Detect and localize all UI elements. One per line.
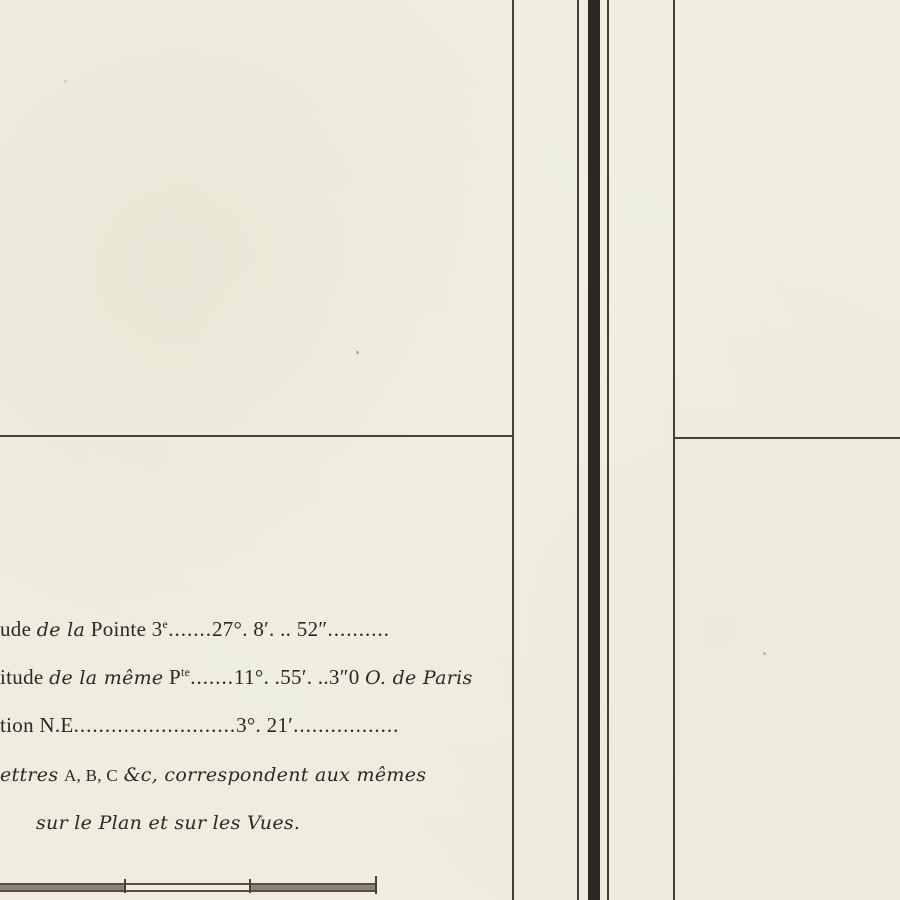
paper-speck	[64, 80, 67, 83]
note-italic-b: &c, correspondent aux mêmes	[124, 764, 427, 786]
declination-dots: ..........................	[74, 713, 237, 737]
longitude-label: P	[169, 665, 181, 689]
longitude-label-sup: te	[181, 665, 190, 679]
scale-tick	[375, 876, 377, 894]
paper-speck	[763, 652, 766, 655]
note-italic-line2: sur le Plan et sur les Vues.	[36, 812, 300, 834]
longitude-label-italic: de la même	[49, 667, 163, 689]
latitude-dots-trailing: ..........	[327, 617, 390, 641]
latitude-label-italic: de la	[37, 619, 85, 641]
frame-rule-thin-right	[607, 0, 609, 900]
declination-row: tion N.E..........................3°. 21…	[0, 713, 399, 738]
latitude-label-prefix: ude	[0, 617, 31, 641]
longitude-dots: .......	[190, 665, 234, 689]
longitude-value: 11°. .55′. ..3″0	[234, 665, 360, 689]
scale-tick	[124, 879, 126, 893]
declination-value: 3°. 21′	[236, 713, 293, 737]
longitude-row: itude de la même Pte.......11°. .55′. ..…	[0, 665, 473, 690]
scale-bar-bottom	[0, 890, 376, 892]
scale-bar	[0, 881, 376, 893]
note-letters: A, B, C	[64, 766, 118, 785]
note-italic-a: ettres	[0, 764, 58, 786]
panel-divider-left	[0, 435, 513, 437]
note-line-2: sur le Plan et sur les Vues.	[36, 810, 300, 835]
latitude-row: ude de la Pointe 3e.......27°. 8′. .. 52…	[0, 617, 390, 642]
longitude-suffix: O. de Paris	[365, 667, 472, 689]
panel-divider-right	[674, 437, 900, 439]
longitude-label-prefix: itude	[0, 665, 44, 689]
frame-rule-inner-left	[512, 0, 514, 900]
latitude-value: 27°. 8′. .. 52″	[212, 617, 328, 641]
scale-tick	[249, 879, 251, 893]
note-line-1: ettres A, B, C &c, correspondent aux mêm…	[0, 762, 426, 787]
declination-dots-trailing: .................	[293, 713, 399, 737]
frame-rule-thin-left	[577, 0, 579, 900]
paper-speck	[356, 351, 359, 354]
declination-label: tion N.E	[0, 713, 74, 737]
frame-rule-inner-right	[673, 0, 675, 900]
latitude-label: Pointe 3	[91, 617, 163, 641]
latitude-dots: .......	[168, 617, 212, 641]
frame-rule-thick	[588, 0, 600, 900]
